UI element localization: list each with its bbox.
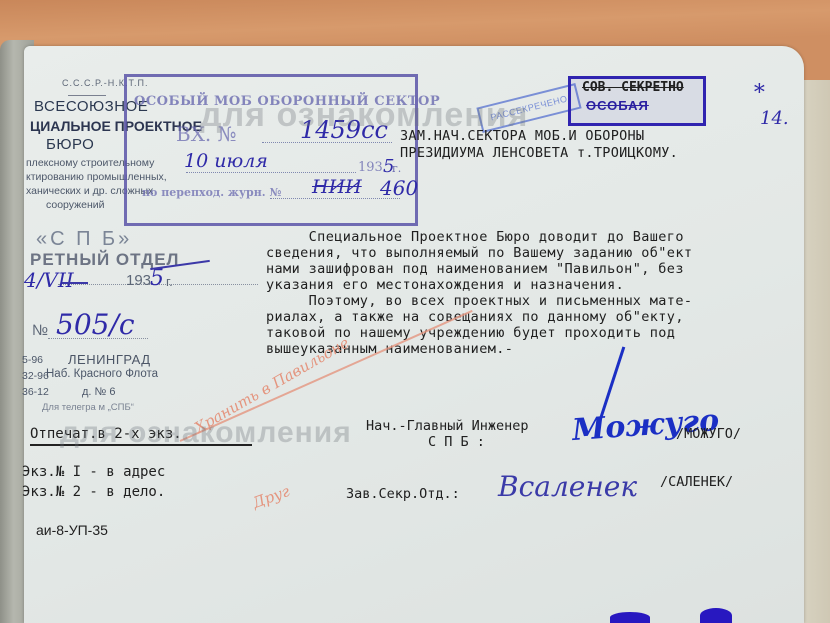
body-line-3: нами зашифрован под наименованием "Павил… bbox=[266, 262, 684, 278]
body-line-4: указания его местонахождения и назначени… bbox=[266, 278, 624, 294]
incoming-journal-struck: НИИ bbox=[312, 176, 362, 198]
copy-1: Экз.№ I - в адрес bbox=[22, 464, 165, 480]
letterhead-org-3: БЮРО bbox=[46, 136, 94, 153]
body-line-1: Специальное Проектное Бюро доводит до Ва… bbox=[266, 230, 684, 246]
sheet-number: 14. bbox=[760, 108, 789, 129]
secret-sub-label: ОСОБАЯ bbox=[586, 98, 649, 113]
body-line-8: вышеуказанным наименованием.- bbox=[266, 342, 513, 358]
secretary-signature: Bсаленек bbox=[498, 470, 637, 503]
sheet-mark: ∗ bbox=[752, 76, 767, 101]
body-line-2: сведения, что выполняемый по Вашему зада… bbox=[266, 246, 692, 262]
letterhead-house: д. № 6 bbox=[82, 386, 116, 398]
chief-title-2: С П Б : bbox=[428, 434, 485, 450]
page-stack-edge bbox=[800, 80, 830, 623]
letterhead-phone-2: 32-96 bbox=[22, 370, 49, 382]
incoming-journal-number: 460 bbox=[380, 176, 418, 200]
secret-label: СОВ. СЕКРЕТНО bbox=[582, 80, 684, 95]
chief-title-1: Нач.-Главный Инженер bbox=[366, 418, 529, 434]
letterhead-city: ЛЕНИНГРАД bbox=[68, 352, 151, 367]
letter-date-day: 4/VII bbox=[24, 268, 74, 292]
watermark-top: для ознакомления bbox=[200, 96, 529, 135]
number-label: № bbox=[32, 322, 48, 339]
letter-date-suffix: г. bbox=[166, 274, 173, 289]
copy-2: Экз.№ 2 - в дело. bbox=[22, 484, 165, 500]
incoming-date: 10 июля bbox=[184, 150, 268, 172]
outgoing-number: 505/с bbox=[56, 308, 135, 341]
letterhead-phone-3: 36-12 bbox=[22, 386, 49, 398]
ink-blot-2 bbox=[700, 608, 732, 623]
letterhead-street: Наб. Красного Флота bbox=[46, 368, 158, 380]
number-line bbox=[48, 338, 148, 339]
ink-blot-1 bbox=[610, 612, 650, 623]
letterhead-abbr: «С П Б» bbox=[36, 228, 132, 251]
incoming-date-line bbox=[186, 172, 356, 173]
secretary-name: /САЛЕНЕК/ bbox=[660, 474, 733, 490]
reference-code: аи-8-УП-35 bbox=[36, 522, 108, 538]
body-line-6: риалах, а также на совещаниях по данному… bbox=[266, 310, 684, 326]
letter-date-year-prefix: 193 bbox=[126, 272, 151, 289]
body-line-7: таковой по нашему учреждению будет прохо… bbox=[266, 326, 675, 342]
body-line-5: Поэтому, во всех проектных и письменных … bbox=[266, 294, 692, 310]
incoming-year-suffix: г. bbox=[392, 162, 401, 175]
chief-name: /МОЖУГО/ bbox=[676, 426, 741, 442]
watermark-bottom: для ознакомления bbox=[60, 416, 352, 450]
letterhead-rule bbox=[68, 95, 106, 96]
secretary-title: Зав.Секр.Отд.: bbox=[346, 486, 460, 502]
addressee-line-2: ПРЕЗИДИУМА ЛЕНСОВЕТА т.ТРОИЦКОМУ. bbox=[400, 145, 678, 161]
letterhead-desc-4: сооружений bbox=[46, 199, 105, 211]
date-dash bbox=[62, 282, 88, 284]
incoming-journal-label: по перепход. журн. № bbox=[142, 186, 281, 199]
incoming-year-prefix: 193 bbox=[358, 160, 383, 175]
letterhead-phone-1: 5-96 bbox=[22, 354, 43, 366]
letterhead-telegraph: Для телегра м „СПБ“ bbox=[42, 402, 134, 413]
